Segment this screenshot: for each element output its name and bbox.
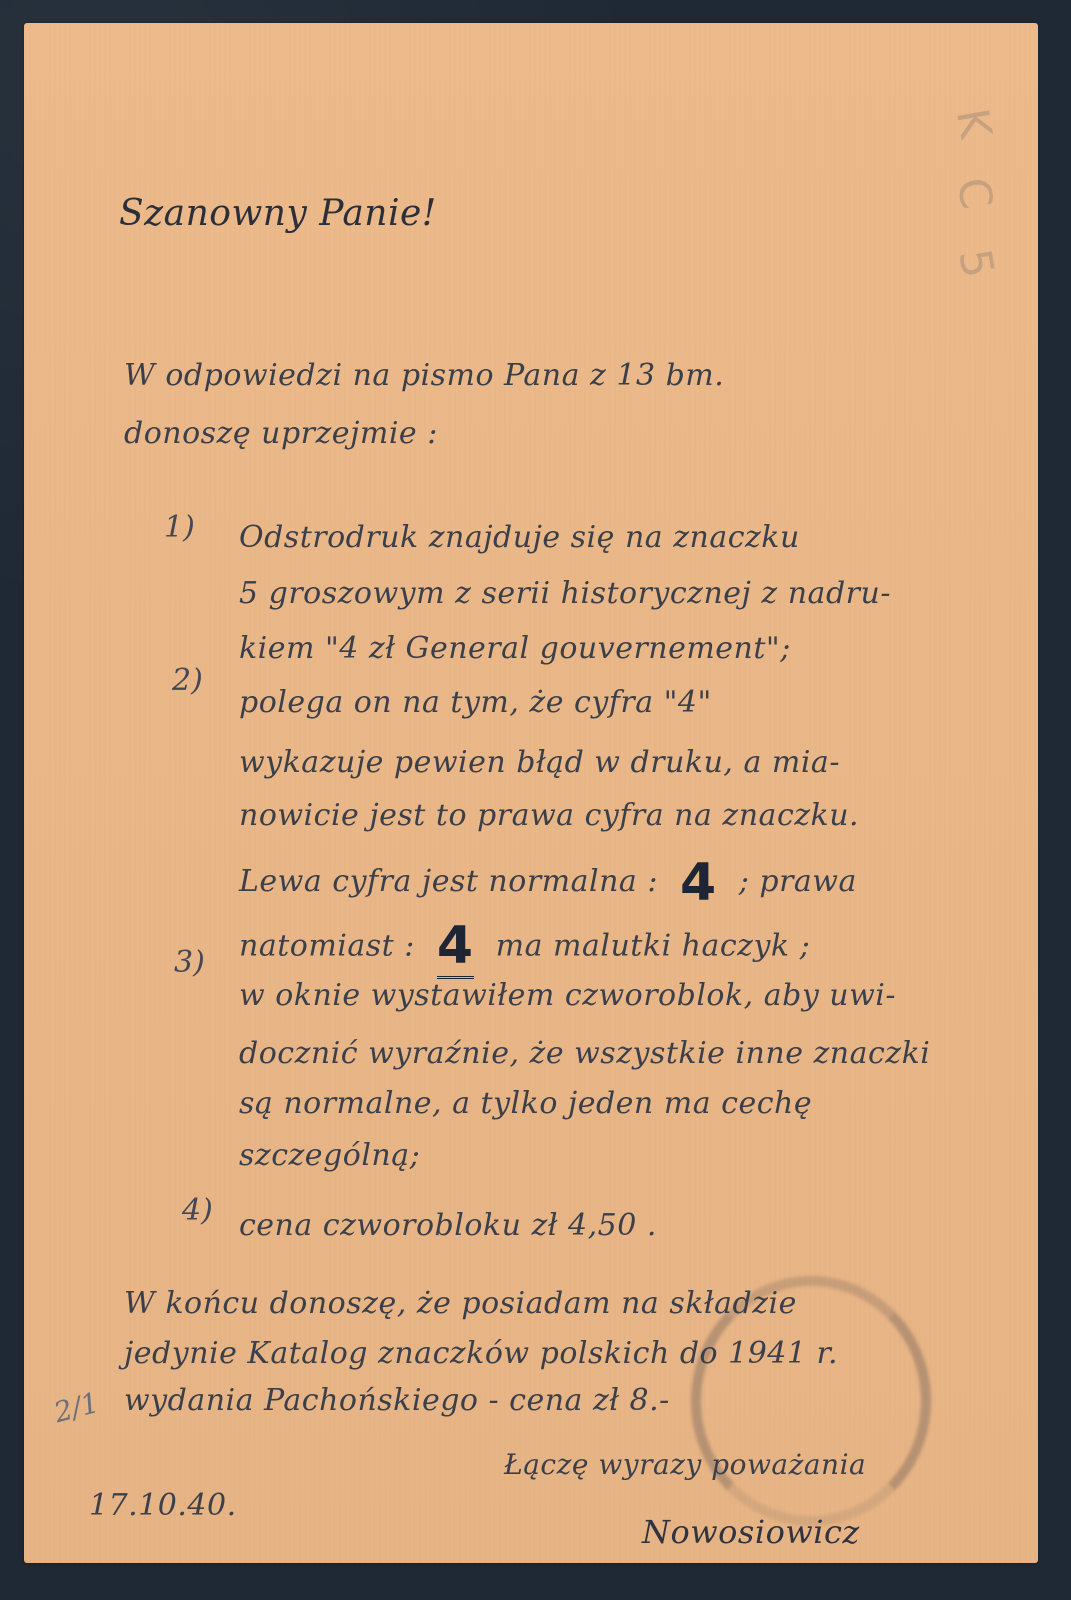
margin-note: 2/1	[50, 1386, 102, 1430]
item-line: cena czworobloku zł 4,50 .	[239, 1208, 657, 1243]
item-line: wykazuje pewien błąd w druku, a mia-	[239, 745, 840, 780]
item-line-text: Lewa cyfra jest normalna :	[239, 864, 658, 899]
postmark-stamp	[691, 1276, 931, 1526]
letter-card: K C 5 Szanowny Panie! W odpowiedzi na pi…	[24, 23, 1038, 1563]
item-line: docznić wyraźnie, że wszystkie inne znac…	[239, 1036, 930, 1071]
item-line: w oknie wystawiłem czworoblok, aby uwi-	[239, 978, 896, 1013]
intro-line: W odpowiedzi na pismo Pana z 13 bm.	[124, 358, 724, 393]
pencil-mark: 5	[948, 245, 1003, 281]
item-line: 5 groszowym z serii historycznej z nadru…	[239, 576, 891, 611]
intro-line: donoszę uprzejmie :	[124, 416, 438, 451]
signature: Nowosiowicz	[642, 1513, 860, 1551]
normal-digit-sample: 4	[680, 853, 717, 913]
item-line: Lewa cyfra jest normalna : 4 ; prawa	[239, 853, 857, 913]
item-number: 2)	[172, 663, 203, 698]
closing-paragraph-line: wydania Pachońskiego - cena zł 8.-	[124, 1383, 670, 1418]
item-line: nowicie jest to prawa cyfra na znaczku.	[239, 798, 859, 833]
salutation: Szanowny Panie!	[119, 193, 437, 234]
item-line-text: ; prawa	[739, 864, 857, 899]
item-line: są normalne, a tylko jeden ma cechę	[239, 1086, 812, 1121]
item-line: kiem "4 zł General gouvernement";	[239, 631, 791, 666]
item-number: 4)	[182, 1193, 213, 1228]
closing-paragraph-line: W końcu donoszę, że posiadam na składzie	[124, 1286, 797, 1321]
item-line: natomiast : 4 ma malutki haczyk ;	[239, 916, 810, 979]
item-number: 1)	[164, 510, 195, 545]
item-line: Odstrodruk znajduje się na znaczku	[239, 520, 800, 555]
variant-digit-sample: 4	[437, 916, 474, 979]
pencil-mark: C	[947, 174, 1003, 213]
item-line-text: ma malutki haczyk ;	[496, 929, 811, 964]
item-line-text: natomiast :	[239, 929, 415, 964]
closing: Łączę wyrazy poważania	[504, 1448, 866, 1481]
item-line: szczególną;	[239, 1138, 420, 1173]
item-number: 3)	[174, 945, 205, 980]
item-line: polega on na tym, że cyfra "4"	[239, 685, 712, 720]
pencil-mark: K	[946, 105, 1001, 142]
date: 17.10.40.	[89, 1488, 237, 1523]
